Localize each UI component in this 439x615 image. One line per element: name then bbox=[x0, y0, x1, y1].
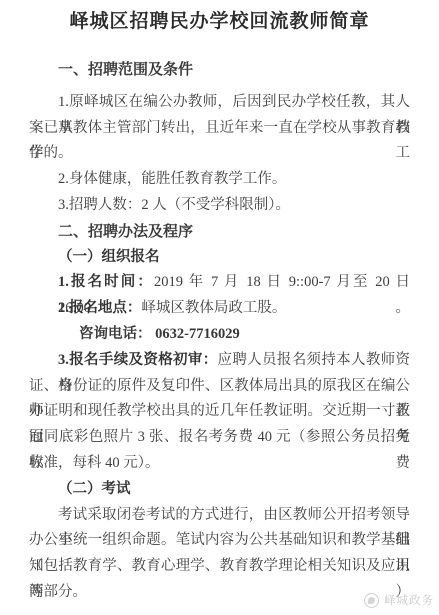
document-title: 峄城区招聘民办学校回流教师简章 bbox=[29, 9, 410, 35]
field-label-signup-time: 1.报名时间： bbox=[58, 274, 154, 290]
watermark-label: 峄城政务 bbox=[384, 592, 434, 608]
field-label-signup-location: 2.报名地点： bbox=[58, 300, 141, 316]
document-page: 峄城区招聘民办学校回流教师简章 一、招聘范围及条件 1.原峄城区在编公办教师，后… bbox=[0, 0, 439, 606]
subsection-heading-signup: （一）组织报名 bbox=[29, 245, 410, 271]
subsection-heading-exam: （二）考试 bbox=[29, 477, 410, 503]
paragraph-line: 案已从教体主管部门转出，且近年来一直在学校从事教育教学工 bbox=[29, 116, 410, 142]
paragraph-line: 证、身份证的原件及复印件、区教体局出具的原我区在编公办教 bbox=[29, 374, 410, 400]
procedure-line: 3.报名手续及资格初审：应聘人员报名须持本人教师资格 bbox=[29, 348, 410, 374]
field-value-signup-location: 峄城区教体局政工股。 bbox=[141, 300, 286, 316]
government-seal-icon bbox=[364, 593, 379, 608]
paragraph-line: 考试采取闭卷考试的方式进行，由区教师公开招考领导小组 bbox=[29, 503, 410, 529]
phone-line: 咨询电话： 0632-7716029 bbox=[29, 322, 410, 348]
list-item-health: 2.身体健康，能胜任教育教学工作。 bbox=[29, 167, 410, 193]
field-label-procedure: 3.报名手续及资格初审： bbox=[58, 352, 218, 368]
section-heading-1: 一、招聘范围及条件 bbox=[29, 57, 410, 83]
paragraph-line: 师证明和现任教学校出具的近几年任教证明。交近期一寸正面免 bbox=[29, 399, 410, 425]
paragraph-line: 办公室统一组织命题。笔试内容为公共基础知识和教学基础知识 bbox=[29, 528, 410, 554]
watermark: 峄城政务 bbox=[364, 592, 434, 608]
paragraph-line: 冠同底彩色照片 3 张、报名考务费 40 元（参照公务员招考收费 bbox=[29, 425, 410, 451]
signup-time-line: 1.报名时间：2019 年 7 月 18 日 9::00-7 月至 20 日 1… bbox=[29, 270, 410, 296]
paragraph-line: （包括教育学、教育心理学、教育教学理论相关知识及应用等） bbox=[29, 554, 410, 580]
paragraph-line: 1.原峄城区在编公办教师，后因到民办学校任教，其人事档 bbox=[29, 90, 410, 116]
list-item-headcount: 3.招聘人数：2 人（不受学科限制）。 bbox=[29, 193, 410, 219]
section-heading-2: 二、招聘办法及程序 bbox=[29, 219, 410, 245]
